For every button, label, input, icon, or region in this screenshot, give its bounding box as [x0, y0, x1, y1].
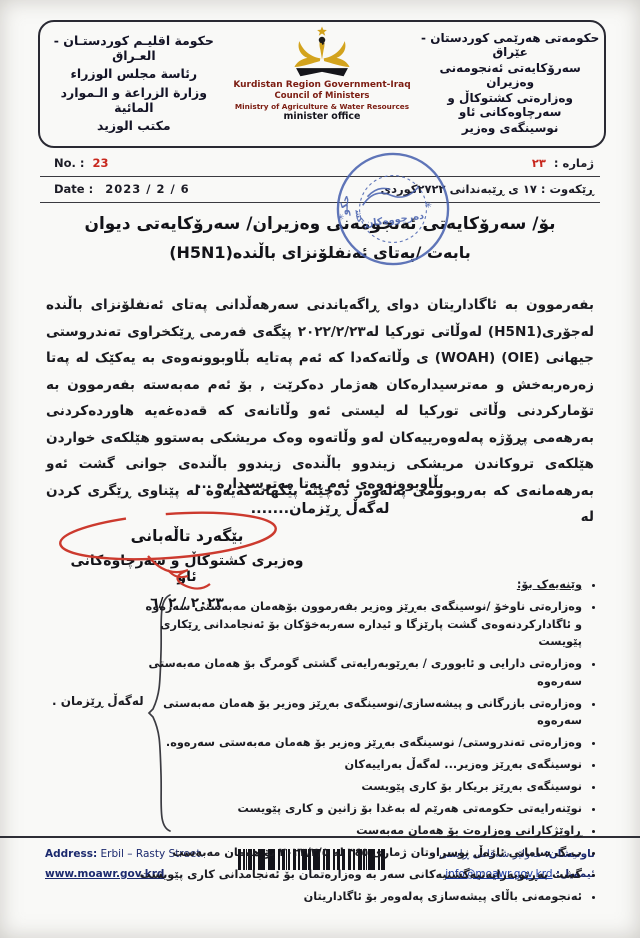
- svg-text:حکومەتی هەرێمی کوردستان: حکومەتی هەرێمی کوردستان: [326, 147, 355, 219]
- official-round-stamp: حکومەتی هەرێمی کوردستان کشتوکاڵ و سەرچاو…: [326, 142, 459, 275]
- cc-item: وەزارەتی دارایی و ئابووری / بەڕێوبەرایەت…: [138, 655, 582, 690]
- letterhead-english: Kurdistan Region Government-Iraq Council…: [233, 80, 410, 123]
- zhmara-label: ژمارە :: [554, 156, 594, 170]
- letter-title: بۆ/ سەرۆکایەتی ئەنجومەنی وەزیران/ سەرۆکا…: [70, 214, 570, 262]
- cc-item: وەزارەتی تەندروستی/ نوسینگەی بەڕێز وەزیر…: [138, 734, 582, 752]
- kurdistan-eagle-emblem-icon: [289, 26, 355, 80]
- address-label-en: Address:: [45, 848, 97, 860]
- title-subject-line: بابەت /پەتای ئەنفلۆنزای باڵندە(H5N1): [70, 243, 570, 262]
- cc-item: نوسینگەی بەڕێز بریکار بۆ کاری پێویست: [138, 778, 582, 796]
- cc-section: وێنەیەک بۆ: وەزارەتی ناوخۆ /نوسینگەی بەڕ…: [138, 576, 598, 910]
- letterhead-center: Kurdistan Region Government-Iraq Council…: [228, 22, 417, 146]
- side-note-regards: لەگەڵ ڕێزمان .: [52, 694, 144, 708]
- date-value: 2023 / 2 / 6: [105, 182, 189, 196]
- letter-body: بفەرموون بە ئاگاداریتان دوای ڕاگەیاندنی …: [46, 292, 594, 531]
- kurdish-line: وەزارەتی کشتوکاڵ و سەرچاوەکانی ئاو: [420, 92, 600, 120]
- cc-list: وێنەیەک بۆ: وەزارەتی ناوخۆ /نوسینگەی بەڕ…: [138, 576, 598, 906]
- svg-text:✳: ✳: [424, 200, 433, 211]
- zhmara-value: ٢٣: [532, 156, 546, 170]
- title-to-line: بۆ/ سەرۆکایەتی ئەنجومەنی وەزیران/ سەرۆکا…: [70, 214, 570, 234]
- letter-body-last-line: بڵاوبوونەوەی ئەم پەتا مەترسیدارە ...: [70, 476, 570, 492]
- stamp-top-text: حکومەتی هەرێمی کوردستان: [326, 147, 355, 219]
- reference-number-row: No. : 23 ژمارە : ٢٣: [40, 150, 600, 177]
- cc-item: وەزارەتی ناوخۆ /نوسینگەی بەڕێز وەزیر بفە…: [138, 598, 582, 651]
- english-line: Ministry of Agriculture & Water Resource…: [233, 102, 410, 111]
- arabic-line: وزارة الزراعة و الـموارد المائية: [44, 86, 224, 115]
- no-value: 23: [93, 156, 109, 170]
- english-line: Kurdistan Region Government-Iraq: [233, 80, 410, 91]
- kurdish-line: سەرۆکایەتی ئەنجومەنی وەزیران: [420, 62, 600, 90]
- regards-line: لەگەڵ ڕێزمان.......: [170, 501, 470, 517]
- minister-name: بێگەرد تاڵەبانی: [62, 527, 312, 545]
- arabic-line: مكتب الوزيد: [44, 119, 224, 133]
- letterhead-arabic: حكومة اقليـم كوردستـان - العـراق رئاسة م…: [40, 22, 228, 146]
- english-line: minister office: [233, 111, 410, 123]
- cc-item: ڕاوێژکارانی وەزارەت بۆ هەمان مەبەست: [138, 822, 582, 840]
- cc-item: نوسینگەی بەڕێز وەزیر... لەگەڵ بەراییەکان: [138, 756, 582, 774]
- cc-item: گشت بەڕێوبەرایەتیەگشتیەکانی سەر بە وەزار…: [138, 866, 582, 884]
- svg-text:✳: ✳: [337, 213, 346, 224]
- letter-page: حكومة اقليـم كوردستـان - العـراق رئاسة م…: [0, 0, 640, 938]
- arabic-line: رئاسة مجلس الوزراء: [44, 67, 224, 81]
- cc-item: ب.گ سامانی ئاژەڵ نوسراوتان ژماری ٣٤٥ لە …: [138, 844, 582, 862]
- date-label: Date :: [54, 182, 93, 196]
- ref-no: No. : 23: [40, 156, 109, 170]
- kurdish-line: حکومەتی هەرێمی کوردستان - عێراق: [420, 32, 600, 60]
- kurdish-line: نوسینگەی وەزیر: [420, 122, 600, 136]
- letterhead-kurdish: حکومەتی هەرێمی کوردستان - عێراق سەرۆکایە…: [416, 22, 604, 146]
- english-line: Council of Ministers: [233, 91, 410, 102]
- no-label: No. :: [54, 156, 85, 170]
- cc-item: وەزارەتی بازرگانی و پیشەسازی/نوسینگەی بە…: [138, 695, 582, 730]
- cc-heading: وێنەیەک بۆ:: [138, 576, 582, 594]
- ref-zhmara: ژمارە : ٢٣: [532, 156, 600, 170]
- rekewt-label: ڕێکەوت :: [541, 182, 594, 196]
- reference-date-row: Date : 2023 / 2 / 6 ڕێکەوت : ١٧ ی ڕێبەند…: [40, 176, 600, 203]
- ref-date: Date : 2023 / 2 / 6: [40, 182, 190, 196]
- stamp-center-text: دەرچووەکان: [364, 211, 424, 230]
- letterhead: حكومة اقليـم كوردستـان - العـراق رئاسة م…: [38, 20, 606, 148]
- cc-item: ئەنجومەنی باڵای پیشەسازی پەلەوەر بۆ ئاگا…: [138, 888, 582, 906]
- cc-item: نوێنەرایەتی حکومەتی هەرێم لە بەغدا بۆ زا…: [138, 800, 582, 818]
- arabic-line: حكومة اقليـم كوردستـان - العـراق: [44, 34, 224, 63]
